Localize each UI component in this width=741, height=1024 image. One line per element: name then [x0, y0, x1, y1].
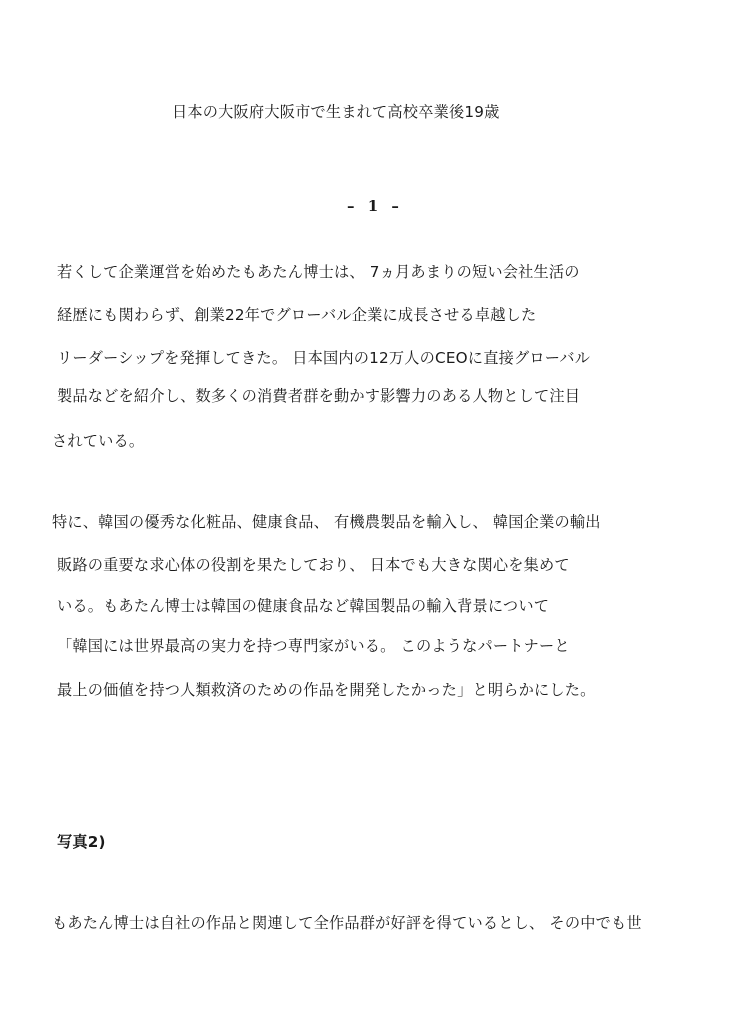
page-number: – 1 – — [347, 196, 403, 216]
paragraph-line: 最上の価値を持つ人類救済のための作品を開発したかった」と明らかにした。 — [57, 680, 596, 700]
paragraph-line: されている。 — [52, 431, 144, 451]
paragraph-line: 「韓国には世界最高の実力を持つ専門家がいる。 このようなパートナーと — [57, 636, 570, 656]
paragraph-line: 経歴にも関わらず、創業22年でグローバル企業に成長させる卓越した — [57, 305, 536, 325]
paragraph-line: 若くして企業運営を始めたもあたん博士は、 7ヵ月あまりの短い会社生活の — [57, 262, 580, 282]
paragraph-line: 販路の重要な求心体の役割を果たしており、 日本でも大きな関心を集めて — [57, 555, 570, 575]
paragraph-line: リーダーシップを発揮してきた。 日本国内の12万人のCEOに直接グローバル — [57, 348, 590, 368]
paragraph-line: 特に、韓国の優秀な化粧品、健康食品、 有機農製品を輸入し、 韓国企業の輸出 — [52, 512, 601, 532]
paragraph-line: もあたん博士は自社の作品と関連して全作品群が好評を得ているとし、 その中でも世 — [52, 913, 642, 933]
photo-caption: 写真2) — [57, 832, 106, 852]
document-title: 日本の大阪府大阪市で生まれて高校卒業後19歳 — [172, 102, 499, 122]
paragraph-line: 製品などを紹介し、数多くの消費者群を動かす影響力のある人物として注目 — [57, 386, 580, 406]
paragraph-line: いる。もあたん博士は韓国の健康食品など韓国製品の輸入背景について — [57, 596, 549, 616]
